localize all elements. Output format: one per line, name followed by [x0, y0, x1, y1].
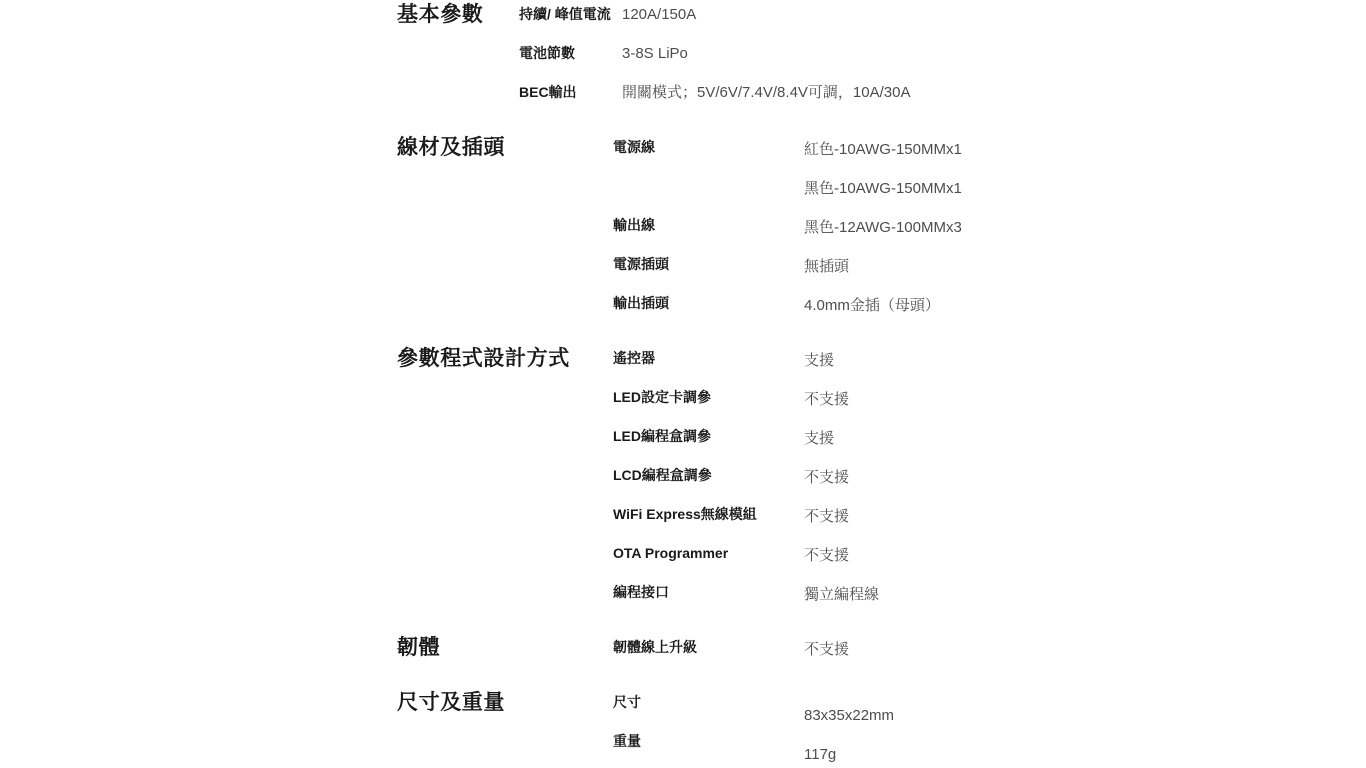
spec-value: 120A/150A — [622, 3, 1366, 42]
spec-row: WiFi Express無線模組 不支援 — [613, 503, 1366, 542]
spec-label: 遙控器 — [613, 347, 804, 368]
section-rows: 尺寸 83x35x22mm 重量 117g — [613, 691, 1366, 768]
spec-value: 開關模式；5V/6V/7.4V/8.4V可調，10A/30A — [622, 81, 1366, 120]
spec-label: 尺寸 — [613, 691, 804, 712]
spec-label: 編程接口 — [613, 581, 804, 602]
spec-values: 4.0mm金插（母頭） — [804, 292, 1366, 331]
spec-section: 線材及插頭 電源線 紅色-10AWG-150MMx1黑色-10AWG-150MM… — [397, 136, 1366, 331]
spec-values: 獨立編程線 — [804, 581, 1366, 620]
spec-row: 編程接口 獨立編程線 — [613, 581, 1366, 620]
spec-row: 遙控器 支援 — [613, 347, 1366, 386]
section-rows: 電源線 紅色-10AWG-150MMx1黑色-10AWG-150MMx1 輸出線… — [613, 136, 1366, 331]
spec-values: 支援 — [804, 425, 1366, 464]
spec-values: 不支援 — [804, 503, 1366, 542]
spec-label: LCD編程盒調參 — [613, 464, 804, 485]
spec-table: 基本參數 持續/ 峰值電流 120A/150A 電池節數 3-8S LiPo B… — [0, 0, 1366, 768]
spec-row: LED設定卡調參 不支援 — [613, 386, 1366, 425]
spec-row: LED編程盒調參 支援 — [613, 425, 1366, 464]
spec-row: 電源線 紅色-10AWG-150MMx1黑色-10AWG-150MMx1 — [613, 136, 1366, 214]
spec-value: 無插頭 — [804, 253, 1366, 292]
spec-label: 持續/ 峰值電流 — [519, 3, 622, 24]
spec-section: 基本參數 持續/ 峰值電流 120A/150A 電池節數 3-8S LiPo B… — [397, 3, 1366, 120]
spec-value: 不支援 — [804, 636, 1366, 675]
spec-section: 尺寸及重量 尺寸 83x35x22mm 重量 117g — [397, 691, 1366, 768]
spec-label: 重量 — [613, 730, 804, 751]
spec-section: 參數程式設計方式 遙控器 支援 LED設定卡調參 不支援 LED編程盒調參 支援… — [397, 347, 1366, 620]
spec-row: 持續/ 峰值電流 120A/150A — [519, 3, 1366, 42]
spec-value: 不支援 — [804, 503, 1366, 542]
spec-row: 電源插頭 無插頭 — [613, 253, 1366, 292]
spec-row: BEC輸出 開關模式；5V/6V/7.4V/8.4V可調，10A/30A — [519, 81, 1366, 120]
section-title: 尺寸及重量 — [397, 691, 613, 715]
spec-label: 電源插頭 — [613, 253, 804, 274]
spec-values: 不支援 — [804, 636, 1366, 675]
spec-label: 電池節數 — [519, 42, 622, 63]
spec-value: 支援 — [804, 347, 1366, 386]
spec-value: 83x35x22mm — [804, 691, 1366, 730]
section-title: 韌體 — [397, 636, 613, 660]
spec-values: 120A/150A — [622, 3, 1366, 42]
spec-values: 紅色-10AWG-150MMx1黑色-10AWG-150MMx1 — [804, 136, 1366, 214]
spec-row: 尺寸 83x35x22mm — [613, 691, 1366, 730]
spec-values: 3-8S LiPo — [622, 42, 1366, 81]
spec-row: 電池節數 3-8S LiPo — [519, 42, 1366, 81]
spec-label: 電源線 — [613, 136, 804, 157]
spec-value: 117g — [804, 730, 1366, 768]
spec-row: 重量 117g — [613, 730, 1366, 768]
spec-value: 黑色-12AWG-100MMx3 — [804, 214, 1366, 253]
section-rows: 遙控器 支援 LED設定卡調參 不支援 LED編程盒調參 支援 LCD編程盒調參… — [613, 347, 1366, 620]
spec-row: 韌體線上升級 不支援 — [613, 636, 1366, 675]
spec-values: 83x35x22mm — [804, 691, 1366, 730]
spec-value: 不支援 — [804, 542, 1366, 581]
spec-value: 黑色-10AWG-150MMx1 — [804, 175, 1366, 214]
spec-values: 不支援 — [804, 464, 1366, 503]
spec-row: 輸出插頭 4.0mm金插（母頭） — [613, 292, 1366, 331]
spec-value: 獨立編程線 — [804, 581, 1366, 620]
spec-values: 117g — [804, 730, 1366, 768]
spec-label: 輸出插頭 — [613, 292, 804, 313]
section-rows: 韌體線上升級 不支援 — [613, 636, 1366, 675]
spec-label: 輸出線 — [613, 214, 804, 235]
spec-row: 輸出線 黑色-12AWG-100MMx3 — [613, 214, 1366, 253]
spec-label: LED編程盒調參 — [613, 425, 804, 446]
spec-value: 3-8S LiPo — [622, 42, 1366, 81]
spec-label: 韌體線上升級 — [613, 636, 804, 657]
spec-label: WiFi Express無線模組 — [613, 503, 804, 524]
spec-values: 無插頭 — [804, 253, 1366, 292]
spec-values: 黑色-12AWG-100MMx3 — [804, 214, 1366, 253]
spec-value: 不支援 — [804, 386, 1366, 425]
spec-values: 不支援 — [804, 542, 1366, 581]
spec-label: OTA Programmer — [613, 542, 804, 563]
spec-values: 不支援 — [804, 386, 1366, 425]
spec-label: LED設定卡調參 — [613, 386, 804, 407]
section-title: 基本參數 — [397, 3, 519, 27]
spec-label: BEC輸出 — [519, 81, 622, 102]
section-title: 參數程式設計方式 — [397, 347, 613, 371]
section-title: 線材及插頭 — [397, 136, 613, 160]
spec-values: 開關模式；5V/6V/7.4V/8.4V可調，10A/30A — [622, 81, 1366, 120]
spec-row: OTA Programmer 不支援 — [613, 542, 1366, 581]
spec-values: 支援 — [804, 347, 1366, 386]
spec-value: 不支援 — [804, 464, 1366, 503]
spec-value: 紅色-10AWG-150MMx1 — [804, 136, 1366, 175]
spec-row: LCD編程盒調參 不支援 — [613, 464, 1366, 503]
spec-section: 韌體 韌體線上升級 不支援 — [397, 636, 1366, 675]
spec-value: 支援 — [804, 425, 1366, 464]
spec-value: 4.0mm金插（母頭） — [804, 292, 1366, 331]
section-rows: 持續/ 峰值電流 120A/150A 電池節數 3-8S LiPo BEC輸出 … — [519, 3, 1366, 120]
